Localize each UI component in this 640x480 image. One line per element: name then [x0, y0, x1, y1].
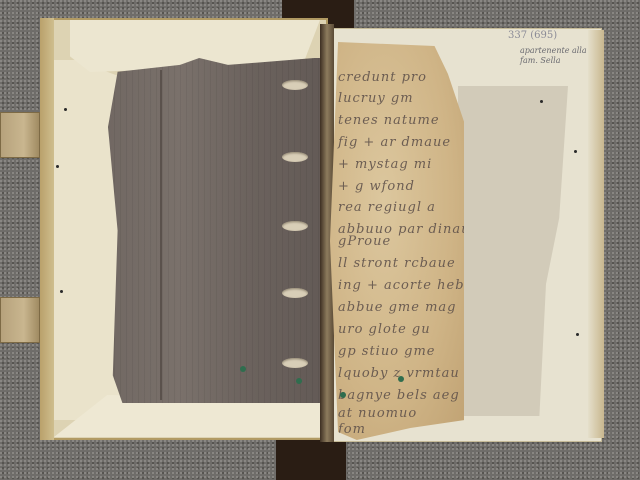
- manuscript-line: gp stiuo gme: [338, 344, 436, 359]
- clasp-strap-bottom: [0, 297, 40, 343]
- shelfmark: 337 (695): [508, 30, 557, 41]
- manuscript-line: lucruy gm: [338, 91, 414, 106]
- lacing-channel: [282, 152, 308, 162]
- lacing-channel: [282, 80, 308, 90]
- manuscript-line: credunt pro: [338, 70, 427, 85]
- manuscript-line: tenes natume: [338, 113, 440, 128]
- green-stain: [240, 366, 246, 372]
- wood-grain-crack: [160, 70, 162, 400]
- note-line: fam. Sella: [520, 56, 587, 66]
- right-cover-edge: [588, 30, 604, 438]
- green-stain: [296, 378, 302, 384]
- manuscript-line: at nuomuo: [338, 406, 417, 421]
- manuscript-line: uro glote gu: [338, 322, 431, 337]
- spine-background-bottom: [276, 440, 346, 480]
- manuscript-line: + mystag mi: [338, 157, 432, 172]
- clasp-strap-top: [0, 112, 40, 158]
- manuscript-line: + g wfond: [338, 179, 415, 194]
- lacing-channel: [282, 288, 308, 298]
- manuscript-line: rea regiugl a: [338, 200, 436, 215]
- wormhole: [540, 100, 543, 103]
- manuscript-line: ll stront rcbaue: [338, 256, 456, 271]
- wormhole: [574, 150, 577, 153]
- wormhole: [56, 165, 59, 168]
- manuscript-line: fig + ar dmaue: [338, 135, 451, 150]
- manuscript-line: gProue: [338, 234, 391, 249]
- lacing-channel: [282, 221, 308, 231]
- wooden-board: [84, 58, 324, 403]
- manuscript-fragment: credunt pro lucruy gm tenes natume fig +…: [330, 42, 464, 440]
- green-stain: [398, 376, 404, 382]
- note-line: apartenente alla: [520, 46, 587, 56]
- wormhole: [60, 290, 63, 293]
- left-cover-edge: [40, 18, 54, 440]
- wormhole: [64, 108, 67, 111]
- manuscript-line: ing + acorte hebau: [338, 278, 483, 293]
- wormhole: [576, 333, 579, 336]
- ownership-note: apartenente alla fam. Sella: [520, 46, 587, 66]
- green-stain: [340, 392, 346, 398]
- manuscript-line: abbue gme mag: [338, 300, 456, 315]
- lacing-channel: [282, 358, 308, 368]
- manuscript-line: bagnye bels aeg: [338, 388, 460, 403]
